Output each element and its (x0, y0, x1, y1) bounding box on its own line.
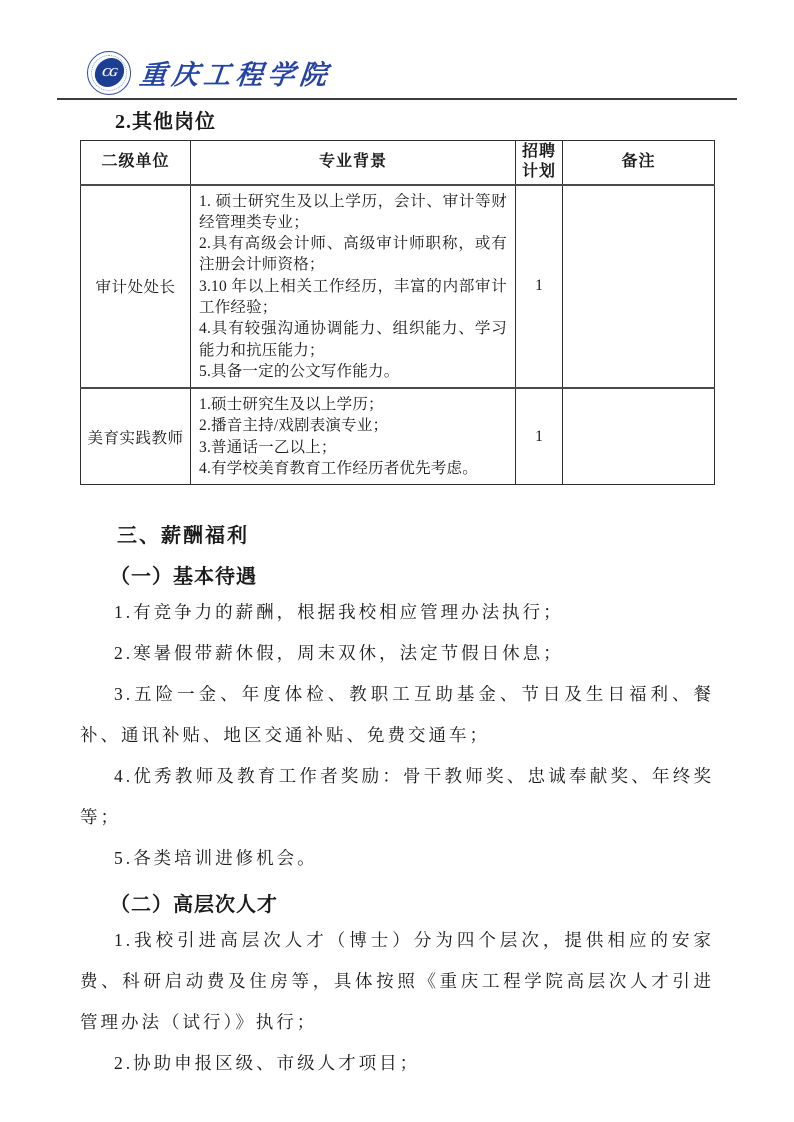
positions-table: 二级单位 专业背景 招聘计划 备注 审计处处长 1. 硕士研究生及以上学历，会计… (80, 140, 715, 485)
logo-monogram: CG (92, 58, 125, 87)
unit-cell: 美育实践教师 (81, 388, 191, 485)
university-name: 重庆工程学院 (138, 53, 334, 92)
talent-title: （二）高层次人才 (110, 890, 714, 920)
background-cell: 1. 硕士研究生及以上学历，会计、审计等财经管理类专业； 2.具有高级会计师、高… (191, 185, 516, 389)
table-header-row: 二级单位 专业背景 招聘计划 备注 (81, 141, 715, 185)
doc-header: CG 重庆工程学院 (57, 0, 737, 100)
table-row: 审计处处长 1. 硕士研究生及以上学历，会计、审计等财经管理类专业； 2.具有高… (81, 185, 715, 389)
document-page: CG 重庆工程学院 2.其他岗位 二级单位 专业背景 招聘计划 备注 (0, 0, 794, 1122)
col-header-plan: 招聘计划 (516, 141, 563, 185)
talent-item: 2.协助申报区级、市级人才项目； (80, 1043, 714, 1084)
col-header-unit: 二级单位 (81, 141, 191, 185)
document-body: 2.其他岗位 二级单位 专业背景 招聘计划 备注 审计处处长 1. 硕士研究生及… (80, 110, 714, 1084)
table-row: 美育实践教师 1.硕士研究生及以上学历； 2.播音主持/戏剧表演专业； 3.普通… (81, 388, 715, 485)
compensation-title: 三、薪酬福利 (117, 521, 714, 551)
basic-benefits-title: （一）基本待遇 (110, 562, 714, 592)
note-cell (563, 388, 715, 485)
plan-cell: 1 (516, 185, 563, 389)
background-cell: 1.硕士研究生及以上学历； 2.播音主持/戏剧表演专业； 3.普通话一乙以上； … (191, 388, 516, 485)
basic-benefit-item: 3.五险一金、年度体检、教职工互助基金、节日及生日福利、餐补、通讯补贴、地区交通… (80, 674, 714, 756)
basic-benefit-item: 2.寒暑假带薪休假，周末双休，法定节假日休息； (80, 633, 714, 674)
unit-cell: 审计处处长 (81, 185, 191, 389)
talent-item: 1.我校引进高层次人才（博士）分为四个层次，提供相应的安家费、科研启动费及住房等… (80, 920, 714, 1043)
other-positions-title: 2.其他岗位 (115, 110, 714, 134)
note-cell (563, 185, 715, 389)
plan-cell: 1 (516, 388, 563, 485)
col-header-background: 专业背景 (191, 141, 516, 185)
basic-benefit-item: 5.各类培训进修机会。 (80, 838, 714, 879)
basic-benefit-item: 4.优秀教师及教育工作者奖励：骨干教师奖、忠诚奉献奖、年终奖等； (80, 756, 714, 838)
col-header-note: 备注 (563, 141, 715, 185)
university-logo-row: CG 重庆工程学院 (57, 50, 737, 95)
university-seal-icon: CG (87, 51, 131, 95)
basic-benefit-item: 1.有竞争力的薪酬，根据我校相应管理办法执行； (80, 592, 714, 633)
